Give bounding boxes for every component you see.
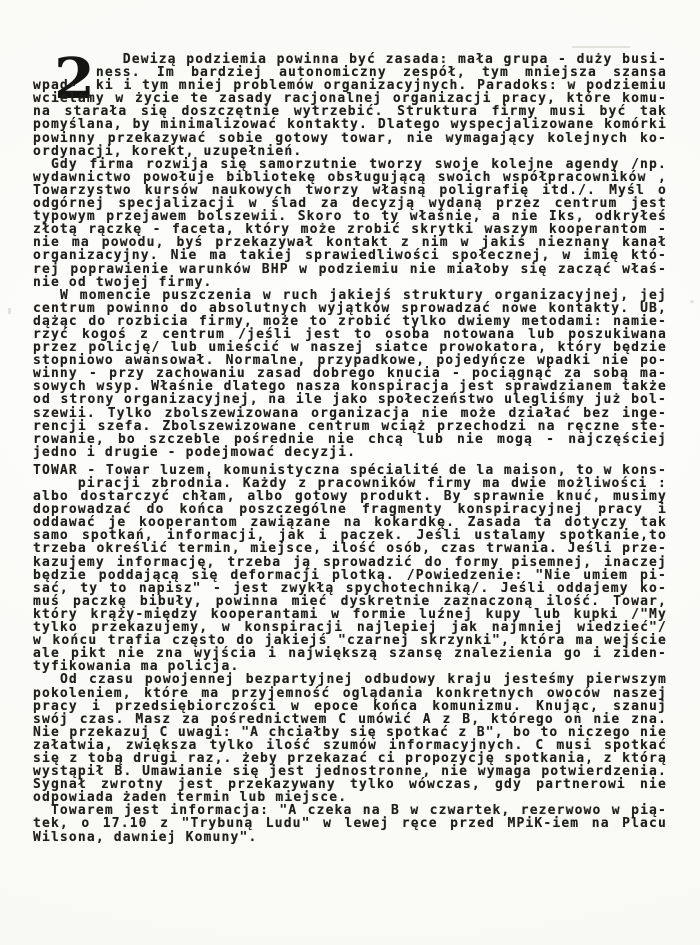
scanned-page: 2 Dewizą podziemia powinna być zasada: m…	[0, 0, 700, 945]
scan-artifact	[572, 46, 630, 48]
text-line: W momencie puszczenia w ruch jakiejś str…	[33, 289, 667, 302]
text-line: szewii. Tylko zbolszewizowana organizacj…	[33, 407, 667, 420]
text-line: będzie poddającą się deformacji plotką. …	[33, 569, 667, 582]
text-line: załatwia, zwiększa tylko ilość szumów in…	[33, 739, 667, 752]
text-line: sać, ty to napisz" - jest zwykłą spychot…	[33, 582, 667, 595]
text-line: jedno i drugie - podejmować decyzji.	[33, 446, 667, 459]
text-line: rowanie, bo szczeble pośrednie nie chcą …	[33, 433, 667, 446]
text-line: rencji szefa. Zbolszewizowane centrum wc…	[33, 420, 667, 433]
paragraph: TOWAR - Towar luzem, komunistyczna spéci…	[33, 464, 667, 674]
text-line: Gdy firma rozwija się samorzutnie tworzy…	[33, 158, 667, 171]
paragraph: Gdy firma rozwija się samorzutnie tworzy…	[33, 158, 667, 289]
text-line: Od czasu powojennej bezpartyjnej odbudow…	[33, 673, 667, 686]
paragraph: Od czasu powojennej bezpartyjnej odbudow…	[33, 673, 667, 804]
text-line: Wilsona, dawniej Komuny".	[33, 831, 667, 844]
text-line: dążąc do rozbicia firmy, może to zrobić …	[33, 315, 667, 328]
text-line: pracy i przedsiębiorczości w epoce końca…	[33, 700, 667, 713]
text-line: nie od twojej firmy.	[33, 276, 667, 289]
paragraph: W momencie puszczenia w ruch jakiejś str…	[33, 289, 667, 459]
text-line: Nie przekazuj C uwagi: "A chciałby się s…	[33, 726, 667, 739]
paragraph: Towarem jest informacja: "A czeka na B w…	[33, 804, 667, 843]
text-line: wydawnictwo powołuje bibliotekę obsługuj…	[33, 171, 667, 184]
text-line: muś paczkę bibuły, powinna mieć dyskretn…	[33, 595, 667, 608]
text-line: ordynacji, korekt, uzupełnień.	[33, 145, 667, 158]
text-line: kazujemy informację, trzeba ją sprowadzi…	[33, 556, 667, 569]
text-line: od strony organizacyjnej, na ile jako sp…	[33, 393, 667, 406]
scan-artifact	[8, 308, 11, 314]
text-line: trzeba określić termin, miejsce, ilość o…	[33, 542, 667, 555]
text-line: centrum powinno do absolutnych wyjątków …	[33, 302, 667, 315]
text-line: pokoleniem, które ma przyjemność oglądan…	[33, 687, 667, 700]
page-text: Dewizą podziemia powinna być zasada: mał…	[33, 53, 667, 844]
text-line: swój czas. Masz za pośrednictwem C umówi…	[33, 713, 667, 726]
text-line: organizacyjny. Nie ma takiej sprawiedliw…	[33, 249, 667, 262]
paragraph: Dewizą podziemia powinna być zasada: mał…	[33, 53, 667, 158]
text-line: rej poprawienie warunków BHP w podziemiu…	[33, 263, 667, 276]
text-line: pomyślana, by minimalizować kontakty. Dl…	[33, 118, 667, 131]
text-line: powinny przekazywać sobie gotowy towar, …	[33, 132, 667, 145]
scan-artifact	[690, 300, 694, 303]
text-line: tek, o 17.10 z "Trybuną Ludu" w lewej rę…	[33, 817, 667, 830]
